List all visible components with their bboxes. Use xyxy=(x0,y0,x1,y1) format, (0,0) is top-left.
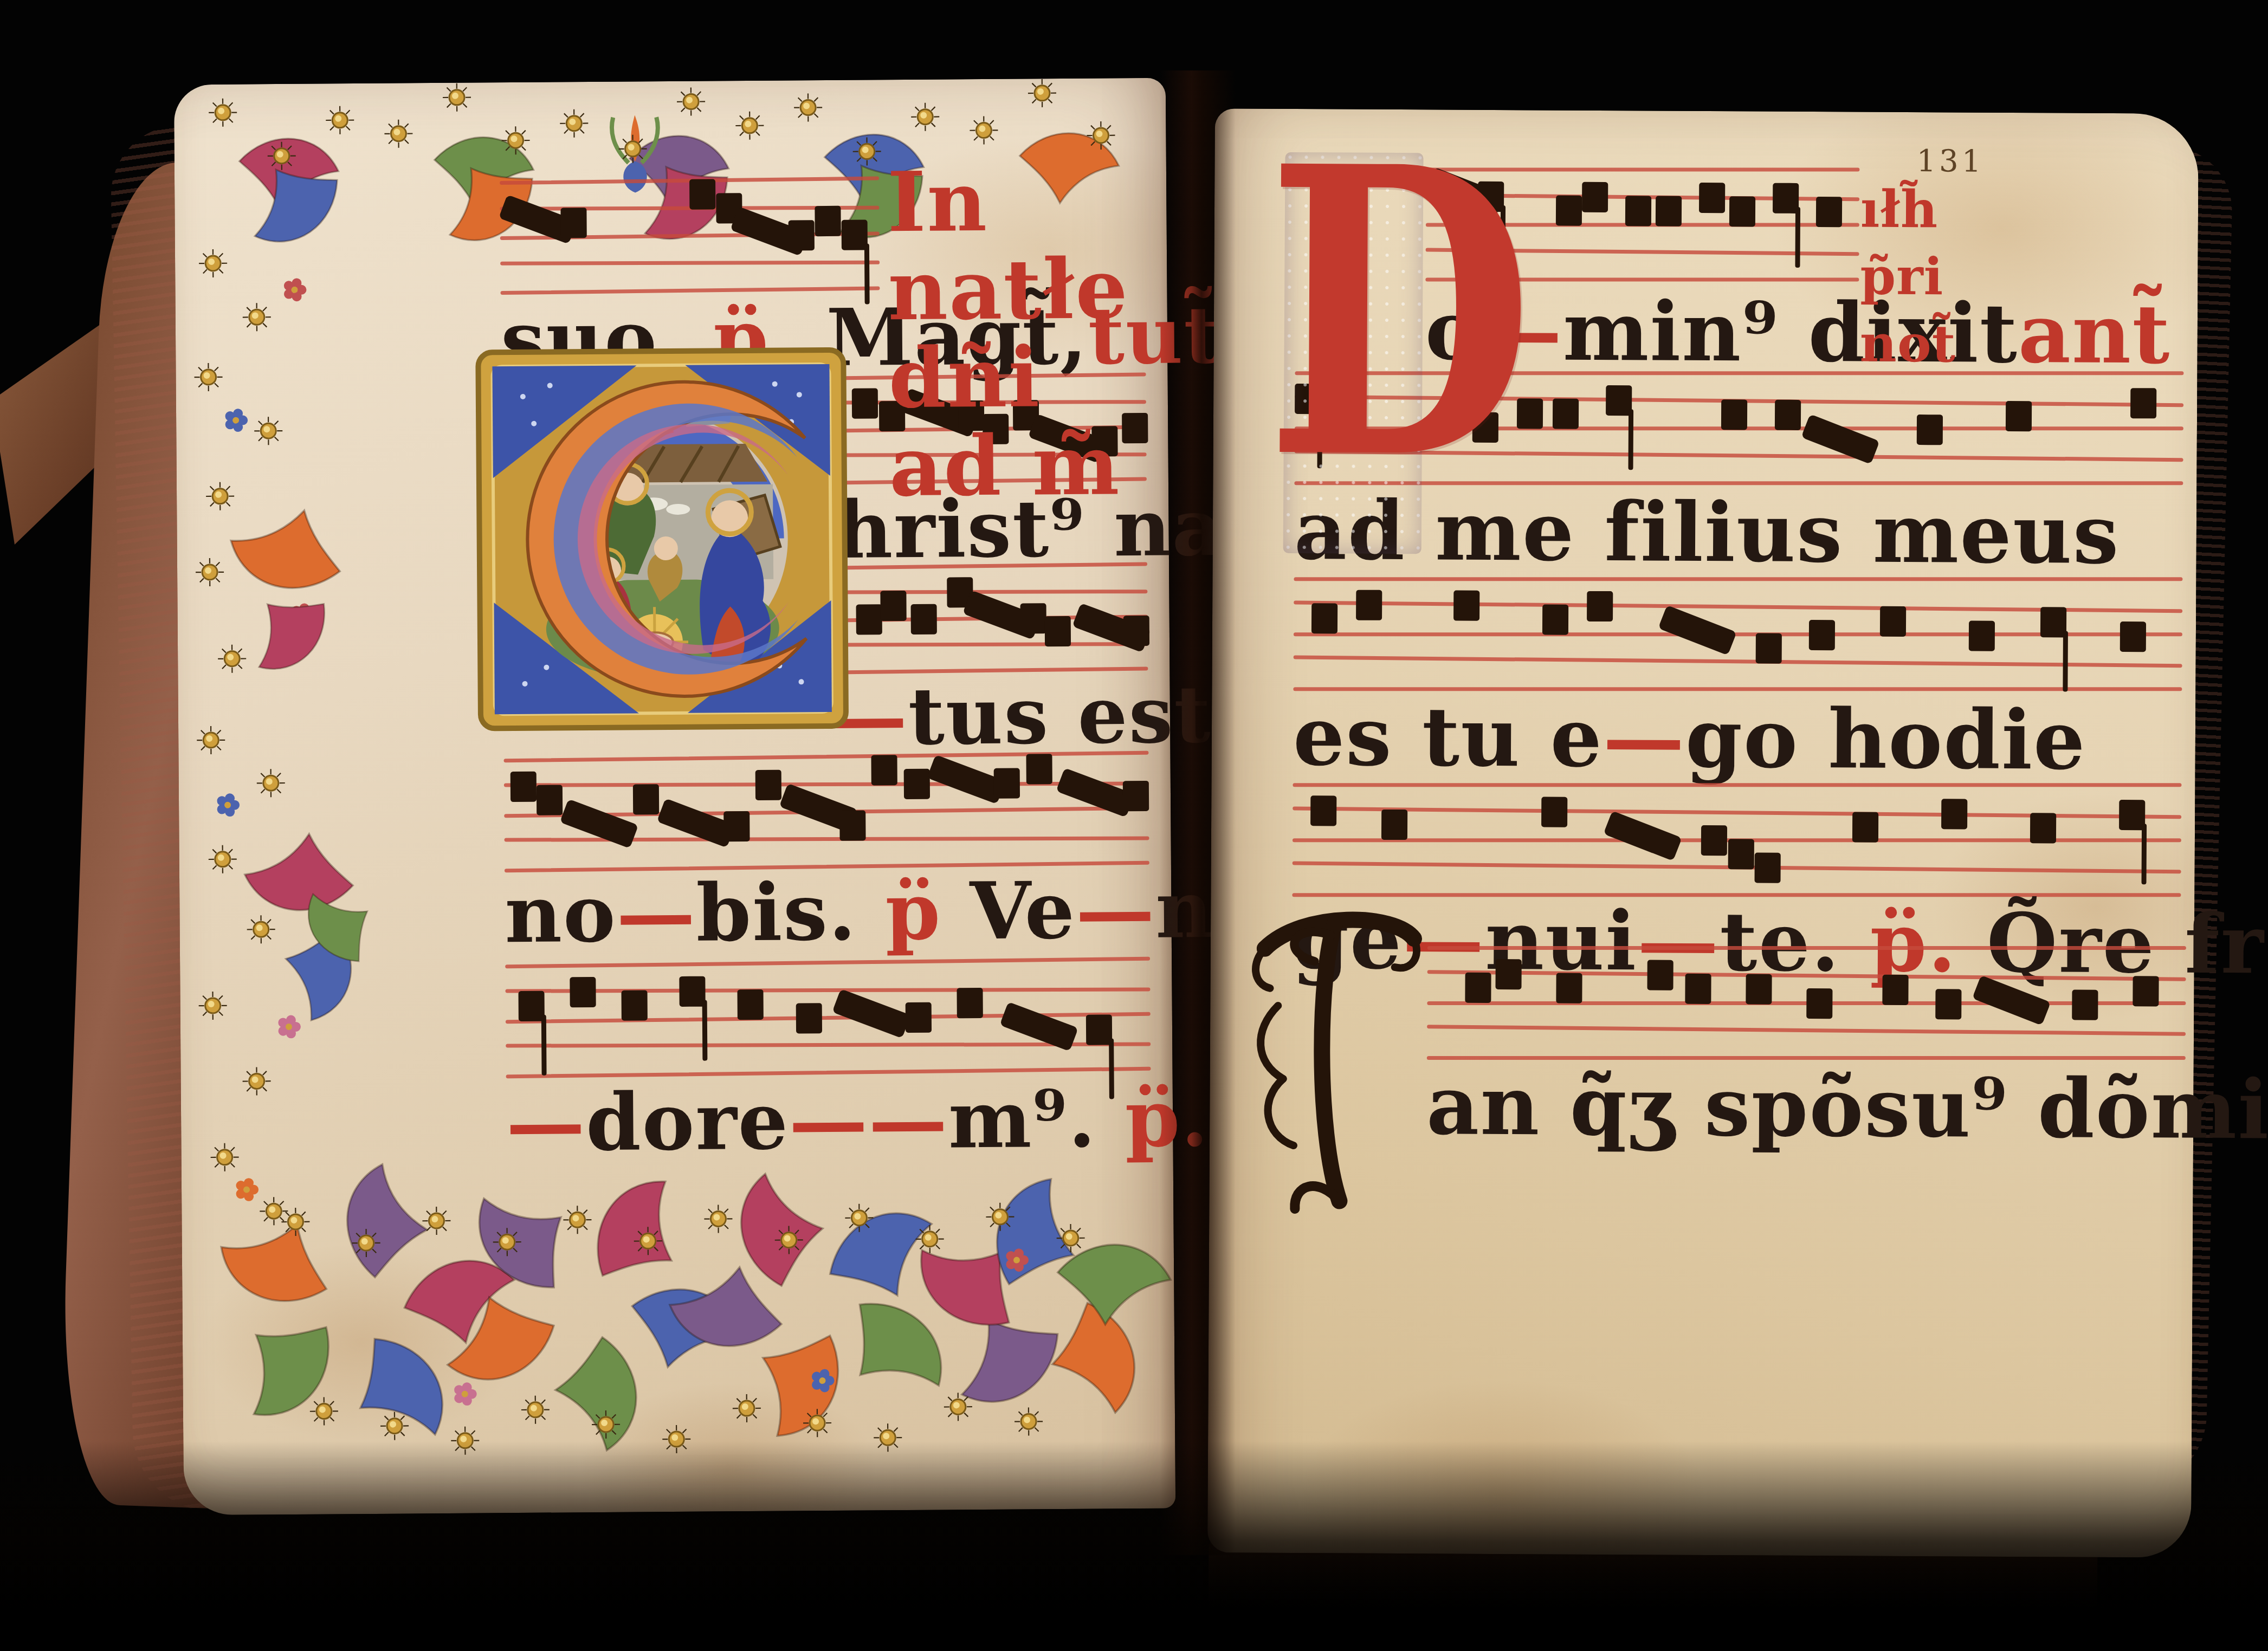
neume xyxy=(815,206,841,236)
page-right: o—min⁹ dixitant̃ad me filius meuses tu e… xyxy=(1207,108,2199,1557)
chant-staff xyxy=(503,753,1149,871)
lyric-segment: Ve xyxy=(941,870,1076,953)
lyric-segment: — xyxy=(506,1082,586,1164)
chant-staff xyxy=(500,177,880,294)
neume xyxy=(1656,196,1682,226)
neume xyxy=(1755,633,1781,663)
rubric-line: not̃ xyxy=(1859,310,1956,378)
chant-staff xyxy=(1427,944,2186,1061)
staff-line xyxy=(1294,656,2182,668)
chant-lyric-line: no—bis. p̈ Ve—nite—— xyxy=(505,869,1150,956)
neume xyxy=(2120,621,2146,652)
neume xyxy=(570,977,596,1007)
neume-tail xyxy=(541,1015,547,1076)
neume xyxy=(1453,590,1479,620)
neume xyxy=(689,179,715,210)
chant-lyric-line: an q̃ʒ spõsu⁹ dõmi xyxy=(1426,1063,2186,1153)
rubric-line: ıłh̃ xyxy=(1860,176,1957,244)
neume xyxy=(905,1002,931,1032)
lyric-segment: no xyxy=(505,873,617,956)
neume xyxy=(1556,973,1582,1003)
staff-line xyxy=(505,987,1150,993)
lyric-segment: p̈ xyxy=(885,871,941,954)
neume xyxy=(1882,975,1908,1005)
neume xyxy=(1606,385,1632,416)
neume xyxy=(1746,974,1772,1005)
neume xyxy=(911,604,937,634)
neume xyxy=(1310,795,1336,826)
neume-tail xyxy=(2142,824,2147,884)
neume xyxy=(633,784,659,814)
neume xyxy=(1556,196,1582,226)
neume xyxy=(1972,975,2051,1026)
chant-staff xyxy=(844,563,1148,674)
neume xyxy=(723,811,749,841)
initial-D: D xyxy=(1265,124,1411,558)
lyric-segment: — xyxy=(1076,869,1156,952)
neume xyxy=(1935,989,1961,1019)
neume-tail xyxy=(702,1000,708,1060)
neume xyxy=(1086,1014,1112,1045)
staff-line xyxy=(1293,783,2181,787)
neume xyxy=(2006,401,2032,431)
chant-staff xyxy=(1293,575,2182,694)
neume xyxy=(789,220,815,250)
neume xyxy=(1721,399,1747,430)
neume xyxy=(2030,813,2056,843)
rubric-line: p̃ri xyxy=(1860,243,1956,311)
neume xyxy=(1381,810,1407,840)
neume xyxy=(1699,183,1725,213)
neume xyxy=(871,755,897,786)
neume xyxy=(856,604,882,634)
neume xyxy=(518,991,544,1021)
neume xyxy=(755,769,781,800)
neume xyxy=(1729,196,1755,226)
page-number: 131 xyxy=(1916,144,1984,179)
feast-rubric-line: In natłe xyxy=(887,157,1167,335)
neume xyxy=(2133,976,2159,1006)
neume xyxy=(1541,797,1567,827)
neume xyxy=(1774,400,1800,430)
neume xyxy=(957,988,983,1018)
lyric-segment: — xyxy=(1603,696,1686,781)
neume xyxy=(560,208,586,238)
neume xyxy=(994,768,1020,798)
neume xyxy=(1026,754,1052,785)
neume xyxy=(1754,853,1780,883)
chant-staff xyxy=(1292,781,2181,899)
neume xyxy=(1773,183,1799,213)
neume xyxy=(1941,799,1967,829)
shadow-overlay xyxy=(0,1441,2268,1651)
neume xyxy=(1020,603,1046,633)
chant-lyric-line: es tu e—go hodie xyxy=(1293,694,2182,784)
feast-rubric-line: dñi ad m̃ xyxy=(888,333,1168,511)
staff-line xyxy=(500,261,880,266)
neume xyxy=(536,785,562,815)
lyric-segment: ant̃ xyxy=(2018,292,2171,378)
chant-lyric-line: o—min⁹ dixitant̃ xyxy=(1425,288,2168,378)
book-gutter xyxy=(1160,70,1236,1555)
neume xyxy=(2130,388,2156,418)
neume xyxy=(1311,603,1337,633)
neume xyxy=(1728,839,1754,869)
neume xyxy=(1647,960,1673,990)
neume xyxy=(2119,800,2145,830)
neume xyxy=(1552,399,1578,429)
neume xyxy=(832,989,910,1039)
neume xyxy=(1542,605,1568,635)
neume xyxy=(680,976,706,1006)
staff-line xyxy=(1294,577,2182,581)
neume xyxy=(1044,616,1070,646)
neume xyxy=(1809,620,1835,650)
neume xyxy=(1356,590,1382,620)
initial-T-cadel xyxy=(1231,897,1427,1234)
neume xyxy=(2072,989,2098,1020)
lyric-segment: — xyxy=(616,872,696,955)
neume xyxy=(903,768,929,799)
neume-tail xyxy=(2063,631,2068,692)
neume xyxy=(852,389,878,419)
staff-line xyxy=(1427,946,2186,950)
lyric-segment: m⁹. xyxy=(948,1078,1125,1162)
neume xyxy=(1969,620,1995,651)
staff-line xyxy=(1427,1025,2186,1036)
lyric-segment: —— xyxy=(789,1079,948,1162)
photo-backdrop: suo. p̈. Magt̃,tut̃ inuit̃hrist⁹ na—tus … xyxy=(0,0,2268,1651)
lyric-segment: dore xyxy=(586,1080,790,1164)
neume xyxy=(1123,616,1149,646)
neume xyxy=(1582,182,1608,212)
neume xyxy=(1604,811,1682,861)
neume xyxy=(796,1003,822,1033)
lyric-segment: go hodie xyxy=(1685,696,2086,784)
page-left: suo. p̈. Magt̃,tut̃ inuit̃hrist⁹ na—tus … xyxy=(174,78,1175,1516)
feast-rubric: In natłedñi ad m̃ xyxy=(887,157,1169,511)
neume xyxy=(738,989,764,1020)
staff-line xyxy=(1427,970,2186,981)
neume xyxy=(1880,606,1906,637)
neume xyxy=(1917,415,1943,445)
neume xyxy=(1587,591,1613,621)
lyric-segment: bis. xyxy=(696,871,886,955)
neume xyxy=(842,219,868,250)
neume xyxy=(1701,825,1727,855)
neume xyxy=(1625,196,1651,226)
neume xyxy=(1495,959,1521,989)
neume xyxy=(2040,607,2066,637)
initial-C-nativity xyxy=(474,346,850,733)
chant-staff xyxy=(505,959,1151,1077)
neume xyxy=(881,591,907,621)
neume xyxy=(1816,197,1842,227)
nocturn-rubric: ıłh̃p̃rinot̃ xyxy=(1859,176,1956,378)
chant-lyric-line: —dore——m⁹. p̈. Venit̃. xyxy=(506,1078,1152,1165)
neume xyxy=(511,772,537,802)
neume xyxy=(1465,973,1491,1003)
neume xyxy=(1852,812,1878,843)
neume-tail xyxy=(1795,207,1800,268)
chant-lyric-line: —tus est xyxy=(828,674,1154,759)
neume xyxy=(1806,988,1832,1019)
neume xyxy=(1685,974,1711,1004)
neume-tail xyxy=(1629,409,1634,470)
lyric-segment: an q̃ʒ spõsu⁹ dõmi xyxy=(1426,1063,2268,1153)
lyric-segment: es tu e xyxy=(1293,694,1604,781)
neume xyxy=(622,990,648,1020)
staff-line xyxy=(844,642,1148,646)
neume xyxy=(1658,605,1736,656)
neume xyxy=(1123,781,1149,811)
neume xyxy=(839,810,865,840)
